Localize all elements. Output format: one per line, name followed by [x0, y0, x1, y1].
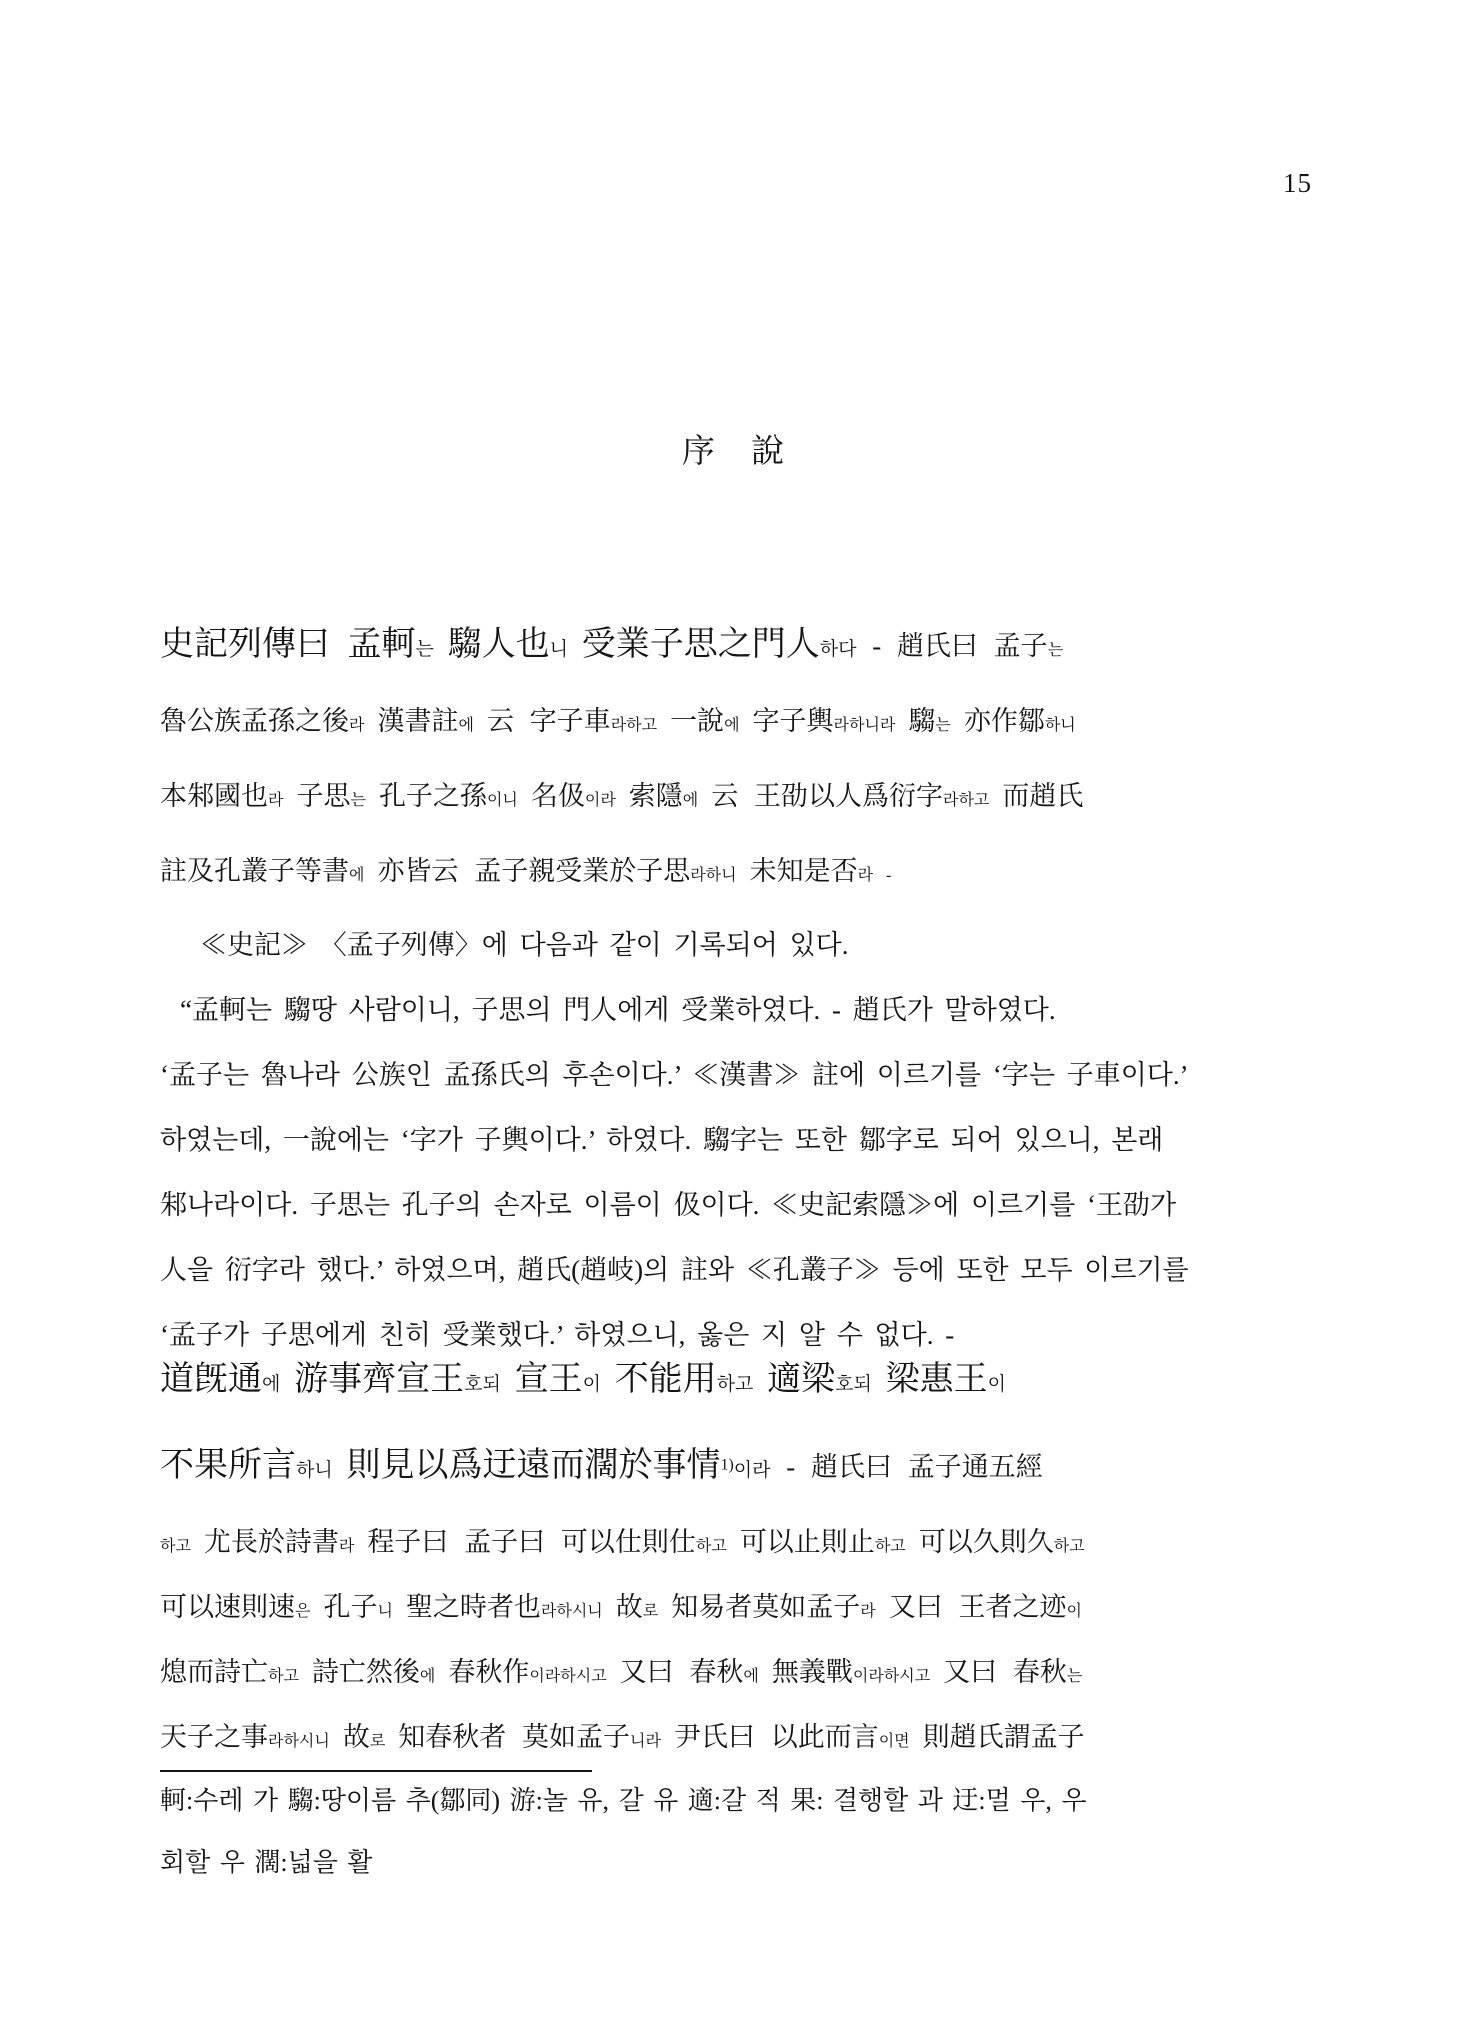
text-segment: -	[771, 1452, 812, 1482]
text-segment: 則見以爲迂遠而濶於事情	[346, 1447, 720, 1484]
text-segment: 에	[683, 792, 711, 809]
hanmun-passage-2: 道旣通에 游事齊宣王호되 宣王이 不能用하고 適梁호되 梁惠王이不果所言하니 則…	[160, 1340, 1340, 1772]
text-segment: 이면	[879, 1733, 923, 1750]
text-segment: 라	[339, 1538, 367, 1555]
text-segment: 梁惠王	[886, 1361, 988, 1398]
text-segment: 游事齊宣王	[294, 1361, 464, 1398]
text-segment: 에	[458, 717, 486, 734]
text-line: 魯公族孟孫之後라 漢書註에 云 字子車라하고 一說에 字子輿라하니라 騶는 亦作…	[160, 686, 1340, 761]
text-segment: 趙氏曰 孟子	[897, 631, 1048, 661]
text-segment: 니	[550, 639, 582, 660]
text-segment: 漢書註	[377, 706, 458, 736]
text-segment: “孟軻는 騶땅 사람이니, 子思의 門人에게 受業하였다. - 趙氏가 말하였다…	[180, 995, 1056, 1025]
text-segment: 는	[1048, 642, 1063, 659]
text-segment: 이라하시고	[853, 1668, 943, 1685]
text-segment: 하니	[1045, 717, 1076, 734]
text-segment: 知春秋者 莫如孟子	[398, 1722, 630, 1752]
text-segment: 又曰 王者之迹	[889, 1592, 1067, 1622]
text-segment: 孔子之孫	[379, 781, 487, 811]
text-segment: ≪史記≫ 〈孟子列傳〉에 다음과 같이 기록되어 있다.	[200, 930, 848, 960]
text-segment: 는	[416, 639, 448, 660]
text-line: 회할 우 濶:넓을 활	[160, 1834, 1340, 1896]
text-segment: 니	[377, 1603, 405, 1620]
text-segment: 字子輿	[753, 706, 834, 736]
text-segment: 하였는데, 一說에는 ‘字가 子輿이다.’ 하였다. 騶字는 또한 鄒字로 되어…	[160, 1125, 1163, 1155]
hanmun-passage-1: 史記列傳曰 孟軻는 騶人也니 受業子思之門人하다 - 趙氏曰 孟子는魯公族孟孫之…	[160, 610, 1340, 911]
text-line: 軻:수레 가 騶:땅이름 추(鄒同) 游:놀 유, 갈 유 適:갈 적 果: 결…	[160, 1772, 1340, 1834]
text-segment: 史記列傳曰 孟軻	[160, 626, 416, 663]
document-page: 15 序 說 史記列傳曰 孟軻는 騶人也니 受業子思之門人하다 - 趙氏曰 孟子…	[0, 0, 1480, 2024]
text-segment: 에	[743, 1668, 771, 1685]
text-segment: 이	[583, 1374, 615, 1395]
text-segment: 不能用	[615, 1361, 717, 1398]
text-line: ≪史記≫ 〈孟子列傳〉에 다음과 같이 기록되어 있다.	[160, 915, 1340, 980]
text-segment: 로	[370, 1733, 398, 1750]
text-segment: 라	[860, 1603, 888, 1620]
text-segment: 可以久則久	[919, 1527, 1054, 1557]
text-segment: 則趙氏謂孟子	[923, 1722, 1085, 1752]
text-segment: 又曰 春秋	[620, 1657, 744, 1687]
text-line: 熄而詩亡하고 詩亡然後에 春秋作이라하시고 又曰 春秋에 無義戰이라하시고 又曰…	[160, 1642, 1340, 1707]
text-segment: 이	[1066, 1603, 1081, 1620]
text-segment: 受業子思之門人	[582, 626, 820, 663]
text-segment: 라하고	[943, 792, 1002, 809]
text-segment: 니라	[630, 1733, 674, 1750]
text-segment: 孔子	[323, 1592, 377, 1622]
text-segment: 又曰 春秋	[943, 1657, 1067, 1687]
text-segment: 故	[616, 1592, 643, 1622]
text-segment: 라	[349, 717, 377, 734]
text-segment: 春秋作	[448, 1657, 529, 1687]
text-segment: 이라하시고	[529, 1668, 619, 1685]
text-segment: 無義戰	[772, 1657, 853, 1687]
text-segment: 適梁	[767, 1361, 835, 1398]
text-line: 하고 尤長於詩書라 程子曰 孟子曰 可以仕則仕하고 可以止則止하고 可以久則久하…	[160, 1512, 1340, 1577]
text-segment: 人을 衍字라 했다.’ 하였으며, 趙氏(趙岐)의 註와 ≪孔叢子≫ 등에 또한…	[160, 1255, 1189, 1285]
text-segment: 可以速則速	[160, 1592, 295, 1622]
text-segment: 하고	[875, 1538, 919, 1555]
text-segment: 本邾國也	[160, 781, 268, 811]
text-segment: 하고	[160, 1538, 204, 1555]
text-segment: 이	[988, 1374, 1006, 1395]
text-line: 道旣通에 游事齊宣王호되 宣王이 不能用하고 適梁호되 梁惠王이	[160, 1340, 1340, 1426]
text-segment: 註及孔叢子等書	[160, 856, 349, 886]
text-line: “孟軻는 騶땅 사람이니, 子思의 門人에게 受業하였다. - 趙氏가 말하였다…	[160, 980, 1340, 1045]
footnote-reference-marker: 1)	[720, 1457, 733, 1474]
text-segment: 天子之事	[160, 1722, 268, 1752]
text-segment: 하니	[296, 1460, 346, 1481]
text-segment: 而趙氏	[1002, 781, 1083, 811]
text-line: 本邾國也라 子思는 孔子之孫이니 名伋이라 索隱에 云 王劭以人爲衍字라하고 而…	[160, 761, 1340, 836]
text-line: 邾나라이다. 子思는 孔子의 손자로 이름이 伋이다. ≪史記索隱≫에 이르기를…	[160, 1175, 1340, 1240]
text-segment: 라하시니	[541, 1603, 616, 1620]
text-segment: -	[856, 631, 897, 661]
text-segment: 라하시니	[268, 1733, 343, 1750]
text-line: ‘孟子는 魯나라 公族인 孟孫氏의 후손이다.’ ≪漢書≫ 註에 이르기를 ‘字…	[160, 1045, 1340, 1110]
text-segment: 에	[724, 717, 752, 734]
text-segment: 호되	[835, 1374, 885, 1395]
text-segment: 에	[349, 867, 377, 884]
text-segment: 에	[262, 1374, 294, 1395]
text-segment: 子思	[296, 781, 350, 811]
text-segment: 라 -	[858, 867, 892, 884]
text-segment: 은	[295, 1603, 323, 1620]
footnote-lines: 軻:수레 가 騶:땅이름 추(鄒同) 游:놀 유, 갈 유 適:갈 적 果: 결…	[160, 1772, 1340, 1896]
text-segment: 騶	[908, 706, 935, 736]
text-segment: 云 王劭以人爲衍字	[711, 781, 943, 811]
text-segment: 軻:수레 가 騶:땅이름 추(鄒同) 游:놀 유, 갈 유 適:갈 적 果: 결…	[160, 1786, 1086, 1815]
text-segment: 하고	[717, 1374, 767, 1395]
text-segment: 尤長於詩書	[204, 1527, 339, 1557]
text-line: 天子之事라하시니 故로 知春秋者 莫如孟子니라 尹氏曰 以此而言이면 則趙氏謂孟…	[160, 1707, 1340, 1772]
text-segment: 詩亡然後	[312, 1657, 420, 1687]
text-segment: 하다	[820, 639, 857, 660]
text-segment: 道旣通	[160, 1361, 262, 1398]
text-segment: 未知是否	[750, 856, 858, 886]
text-segment: 는	[350, 792, 378, 809]
text-segment: 趙氏曰 孟子通五經	[811, 1452, 1043, 1482]
text-segment: 회할 우 濶:넓을 활	[160, 1848, 372, 1877]
text-segment: 知易者莫如孟子	[671, 1592, 860, 1622]
text-segment: 로	[643, 1603, 671, 1620]
text-segment: 邾나라이다. 子思는 孔子의 손자로 이름이 伋이다. ≪史記索隱≫에 이르기를…	[160, 1190, 1176, 1220]
text-segment: 索隱	[629, 781, 683, 811]
text-segment: 云 字子車	[487, 706, 611, 736]
text-segment: 名伋	[531, 781, 585, 811]
text-segment: 故	[343, 1722, 370, 1752]
section-title: 序 說	[0, 425, 1480, 472]
korean-translation-paragraph: ≪史記≫ 〈孟子列傳〉에 다음과 같이 기록되어 있다.“孟軻는 騶땅 사람이니…	[160, 915, 1340, 1370]
text-segment: 하고	[1054, 1538, 1085, 1555]
text-segment: 는	[935, 717, 963, 734]
text-line: 하였는데, 一說에는 ‘字가 子輿이다.’ 하였다. 騶字는 또한 鄒字로 되어…	[160, 1110, 1340, 1175]
text-segment: 라하고	[611, 717, 670, 734]
text-segment: 程子曰 孟子曰 可以仕則仕	[367, 1527, 696, 1557]
text-segment: 魯公族孟孫之後	[160, 706, 349, 736]
text-segment: 이라	[734, 1460, 771, 1481]
text-segment: 라	[268, 792, 296, 809]
text-line: 可以速則速은 孔子니 聖之時者也라하시니 故로 知易者莫如孟子라 又曰 王者之迹…	[160, 1577, 1340, 1642]
text-segment: 하고	[696, 1538, 740, 1555]
text-segment: ‘孟子는 魯나라 公族인 孟孫氏의 후손이다.’ ≪漢書≫ 註에 이르기를 ‘字…	[160, 1060, 1189, 1090]
text-segment: 可以止則止	[740, 1527, 875, 1557]
text-line: 史記列傳曰 孟軻는 騶人也니 受業子思之門人하다 - 趙氏曰 孟子는	[160, 610, 1340, 686]
text-segment: 亦皆云 孟子親受業於子思	[377, 856, 690, 886]
text-segment: 聖之時者也	[406, 1592, 541, 1622]
text-segment: 에	[420, 1668, 448, 1685]
text-segment: 尹氏曰 以此而言	[674, 1722, 879, 1752]
text-segment: 不果所言	[160, 1447, 296, 1484]
text-segment: 는	[1067, 1668, 1082, 1685]
text-segment: 宣王	[515, 1361, 583, 1398]
text-segment: 이니	[487, 792, 531, 809]
text-line: 人을 衍字라 했다.’ 하였으며, 趙氏(趙岐)의 註와 ≪孔叢子≫ 등에 또한…	[160, 1240, 1340, 1305]
page-number: 15	[1283, 168, 1312, 199]
footnote-section: 軻:수레 가 騶:땅이름 추(鄒同) 游:놀 유, 갈 유 適:갈 적 果: 결…	[160, 1770, 1340, 1896]
text-segment: 一說	[670, 706, 724, 736]
text-segment: 騶人也	[448, 626, 550, 663]
text-segment: 라하니	[690, 867, 749, 884]
text-segment: 호되	[464, 1374, 514, 1395]
text-segment: 熄而詩亡	[160, 1657, 268, 1687]
text-line: 註及孔叢子等書에 亦皆云 孟子親受業於子思라하니 未知是否라 -	[160, 836, 1340, 911]
text-segment: 이라	[585, 792, 629, 809]
text-segment: 라하니라	[834, 717, 909, 734]
text-segment: 하고	[268, 1668, 312, 1685]
text-segment: 亦作鄒	[964, 706, 1045, 736]
text-line: 不果所言하니 則見以爲迂遠而濶於事情1)이라 - 趙氏曰 孟子通五經	[160, 1426, 1340, 1512]
